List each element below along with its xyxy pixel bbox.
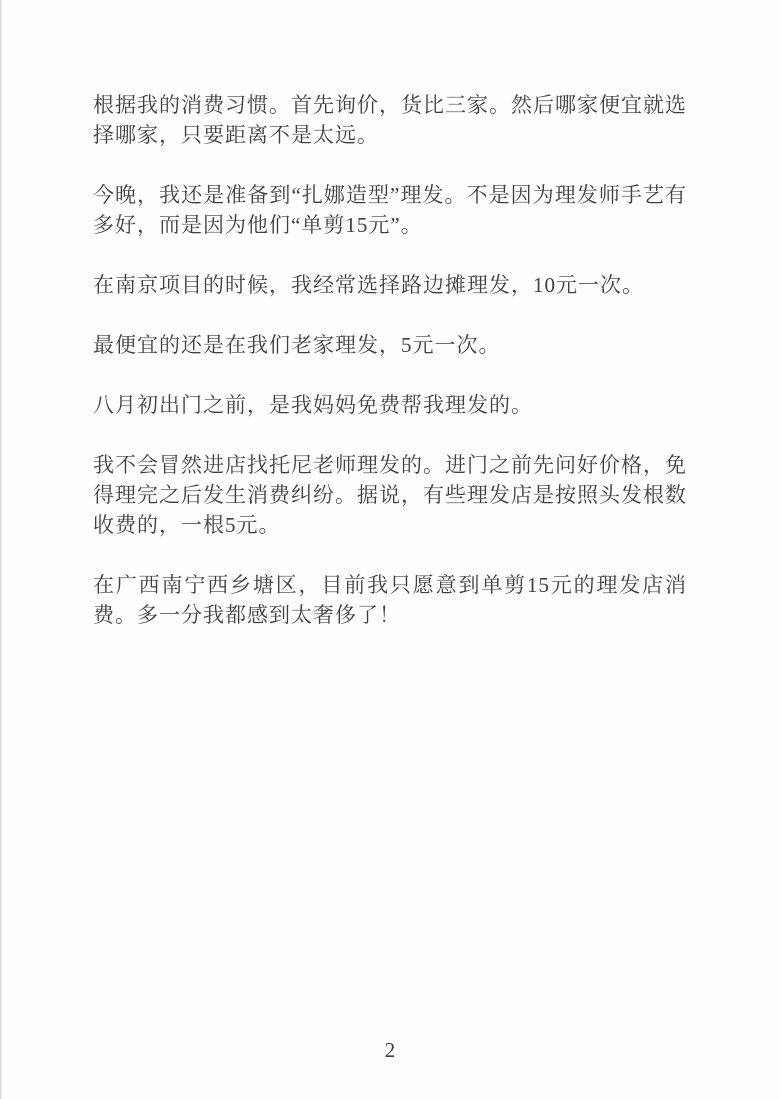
paragraph: 最便宜的还是在我们老家理发，5元一次。 bbox=[93, 330, 687, 360]
paragraph: 今晚，我还是准备到“扎娜造型”理发。不是因为理发师手艺有多好，而是因为他们“单剪… bbox=[93, 180, 687, 240]
paragraph: 八月初出门之前，是我妈妈免费帮我理发的。 bbox=[93, 390, 687, 420]
paragraph: 在广西南宁西乡塘区，目前我只愿意到单剪15元的理发店消费。多一分我都感到太奢侈了… bbox=[93, 570, 687, 630]
page-number: 2 bbox=[0, 1038, 780, 1063]
document-page: 根据我的消费习惯。首先询价，货比三家。然后哪家便宜就选择哪家，只要距离不是太远。… bbox=[0, 0, 780, 1099]
text-content: 根据我的消费习惯。首先询价，货比三家。然后哪家便宜就选择哪家，只要距离不是太远。… bbox=[93, 90, 687, 660]
scan-edge-shadow bbox=[0, 0, 2, 1099]
paragraph: 在南京项目的时候，我经常选择路边摊理发，10元一次。 bbox=[93, 270, 687, 300]
paragraph: 根据我的消费习惯。首先询价，货比三家。然后哪家便宜就选择哪家，只要距离不是太远。 bbox=[93, 90, 687, 150]
paragraph: 我不会冒然进店找托尼老师理发的。进门之前先问好价格，免得理完之后发生消费纠纷。据… bbox=[93, 450, 687, 540]
